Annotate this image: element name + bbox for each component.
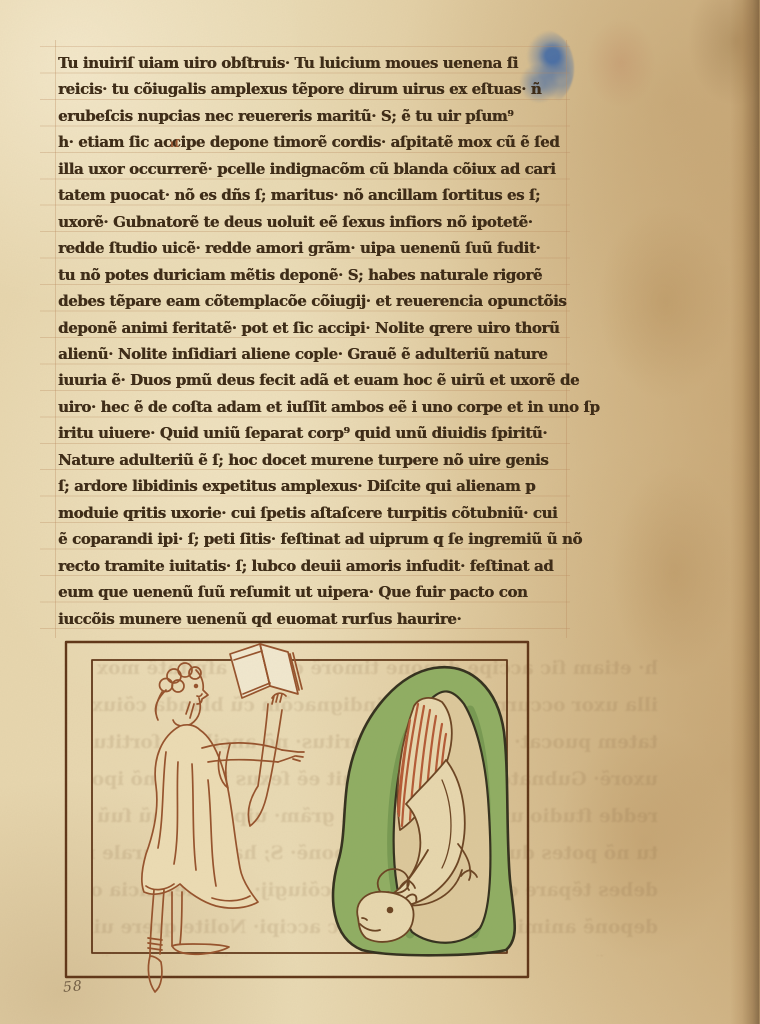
pointing-hand xyxy=(278,750,304,762)
parchment-stain xyxy=(598,205,733,400)
text-line: uxorẽ· Gubnatorẽ te deus uoluit eẽ ſexus… xyxy=(58,209,570,235)
text-line: ſ; ardore libidinis expetitus amplexus· … xyxy=(58,473,570,499)
text-block: Tu inuiriſ uiam uiro obſtruis· Tu luiciu… xyxy=(40,46,570,631)
text-line: h· etiam ſic accipe depone timorẽ cordis… xyxy=(58,129,570,155)
preacher-figure xyxy=(142,644,304,992)
text-line: tatem puocat· nõ es dñs ſ; maritus· nõ a… xyxy=(58,182,570,208)
parchment-stain xyxy=(586,18,656,108)
text-line: iuuria ẽ· Duos pmũ deus fecit adã et eua… xyxy=(58,367,570,393)
text-line: Tu inuiriſ uiam uiro obſtruis· Tu luiciu… xyxy=(58,50,570,76)
manuscript-page: Tu inuiriſ uiam uiro obſtruis· Tu luiciu… xyxy=(0,0,760,1024)
preacher-eye xyxy=(195,685,198,688)
text-line: redde ſtudio uicẽ· redde amori grãm· uip… xyxy=(58,235,570,261)
text-line: moduie qritis uxorie· cui ſpetis aſtaſce… xyxy=(58,500,570,526)
viper-head xyxy=(357,892,413,942)
text-line: deponẽ animi feritatẽ· pot et ſic accipi… xyxy=(58,315,570,341)
text-line: alienũ· Nolite inſidiari aliene cople· G… xyxy=(58,341,570,367)
text-line: eum que uenenũ ſuũ reſumit ut uipera· Qu… xyxy=(58,579,570,605)
fillet-ribbon xyxy=(155,690,166,720)
interlinear-correction: ıſ xyxy=(170,139,180,150)
preacher-beard xyxy=(173,694,202,726)
text-line: uiro· hec ẽ de coſta adam et iuſſit ambo… xyxy=(58,394,570,420)
text-line: iritu uiuere· Quid uniũ ſeparat corp⁹ qu… xyxy=(58,420,570,446)
preacher-robe xyxy=(142,725,258,908)
parchment-stain xyxy=(612,465,737,680)
viper-eye xyxy=(388,908,393,913)
book-hand xyxy=(272,693,286,704)
text-line: recto tramite iuitatis· ſ; lubco deuii a… xyxy=(58,553,570,579)
text-line: iuccõis munere uenenũ qd euomat rurſus h… xyxy=(58,606,570,632)
raised-arm xyxy=(248,704,282,826)
open-book xyxy=(230,644,302,698)
text-line: Nature adulteriũ ẽ ſ; hoc docet murene t… xyxy=(58,447,570,473)
text-line: ẽ coparandi ipi· ſ; peti ſitis· feſtinat… xyxy=(58,526,570,552)
text-line: debes tẽpare eam cõtemplacõe cõiugij· et… xyxy=(58,288,570,314)
text-line: reicis· tu cõiugalis amplexus tẽpore dir… xyxy=(58,76,570,102)
miniature-illustration xyxy=(62,640,532,1022)
text-line: erubeſcis nupcias nec reuereris maritũ· … xyxy=(58,103,570,129)
folio-number: 58 xyxy=(62,978,83,996)
text-line: tu nõ potes duriciam mẽtis deponẽ· S; ha… xyxy=(58,262,570,288)
text-line: illa uxor occurrerẽ· pcelle indignacõm c… xyxy=(58,156,570,182)
page-edge xyxy=(730,0,760,1024)
